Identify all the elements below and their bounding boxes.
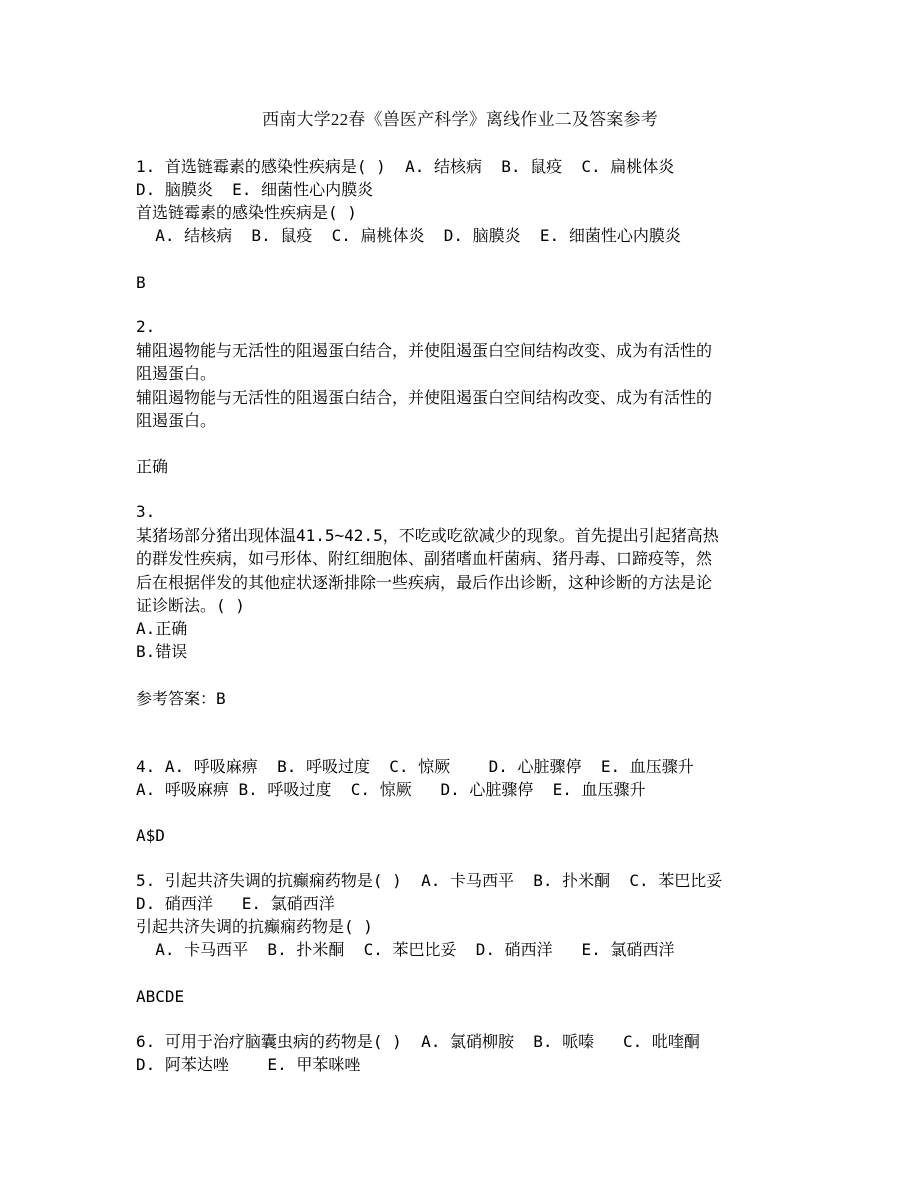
text-line: D. 脑膜炎 E. 细菌性心内膜炎 [136,179,373,201]
text-line: B.错误 [136,641,187,663]
text-line: A. 卡马西平 B. 扑米酮 C. 苯巴比妥 D. 硝西洋 E. 氯硝西洋 [136,939,674,961]
text-line: 1. 首选链霉素的感染性疾病是( ) A. 结核病 B. 鼠疫 C. 扁桃体炎 [136,156,674,178]
text-line: 首选链霉素的感染性疾病是( ) [136,202,357,224]
text-line: D. 阿苯达唑 E. 甲苯咪唑 [136,1054,360,1076]
text-line: 3. [136,501,155,523]
document-page: 西南大学22春《兽医产科学》离线作业二及答案参考 1. 首选链霉素的感染性疾病是… [0,0,920,1191]
text-line: D. 硝西洋 E. 氯硝西洋 [136,893,335,915]
text-line: A.正确 [136,618,187,640]
text-line: A$D [136,825,165,847]
text-line: B [136,272,146,294]
text-line: 2. [136,316,155,338]
text-line: 后在根据伴发的其他症状逐渐排除一些疾病，最后作出诊断，这种诊断的方法是论 [136,572,712,594]
text-line: 6. 可用于治疗脑囊虫病的药物是( ) A. 氯硝柳胺 B. 哌嗪 C. 吡喹酮 [136,1031,700,1053]
text-line: A. 结核病 B. 鼠疫 C. 扁桃体炎 D. 脑膜炎 E. 细菌性心内膜炎 [136,225,681,247]
text-line: 阻遏蛋白。 [136,410,216,432]
text-line: 证诊断法。( ) [136,595,245,617]
text-line: 辅阻遏物能与无活性的阻遏蛋白结合，并使阻遏蛋白空间结构改变、成为有活性的 [136,387,712,409]
text-line: 阻遏蛋白。 [136,363,216,385]
text-line: A. 呼吸麻痹 B. 呼吸过度 C. 惊厥 D. 心脏骤停 E. 血压骤升 [136,779,646,801]
text-line: 5. 引起共济失调的抗癫痫药物是( ) A. 卡马西平 B. 扑米酮 C. 苯巴… [136,870,722,892]
document-title: 西南大学22春《兽医产科学》离线作业二及答案参考 [0,108,920,132]
text-line: 引起共济失调的抗癫痫药物是( ) [136,916,373,938]
text-line: 参考答案：B [136,688,226,710]
text-line: 4. A. 呼吸麻痹 B. 呼吸过度 C. 惊厥 D. 心脏骤停 E. 血压骤升 [136,756,694,778]
text-line: ABCDE [136,986,184,1008]
text-line: 正确 [136,456,168,478]
text-line: 辅阻遏物能与无活性的阻遏蛋白结合，并使阻遏蛋白空间结构改变、成为有活性的 [136,340,712,362]
text-line: 的群发性疾病，如弓形体、附红细胞体、副猪嗜血杆菌病、猪丹毒、口蹄疫等，然 [136,548,712,570]
text-line: 某猪场部分猪出现体温41.5~42.5，不吃或吃欲减少的现象。首先提出引起猪高热 [136,525,719,547]
